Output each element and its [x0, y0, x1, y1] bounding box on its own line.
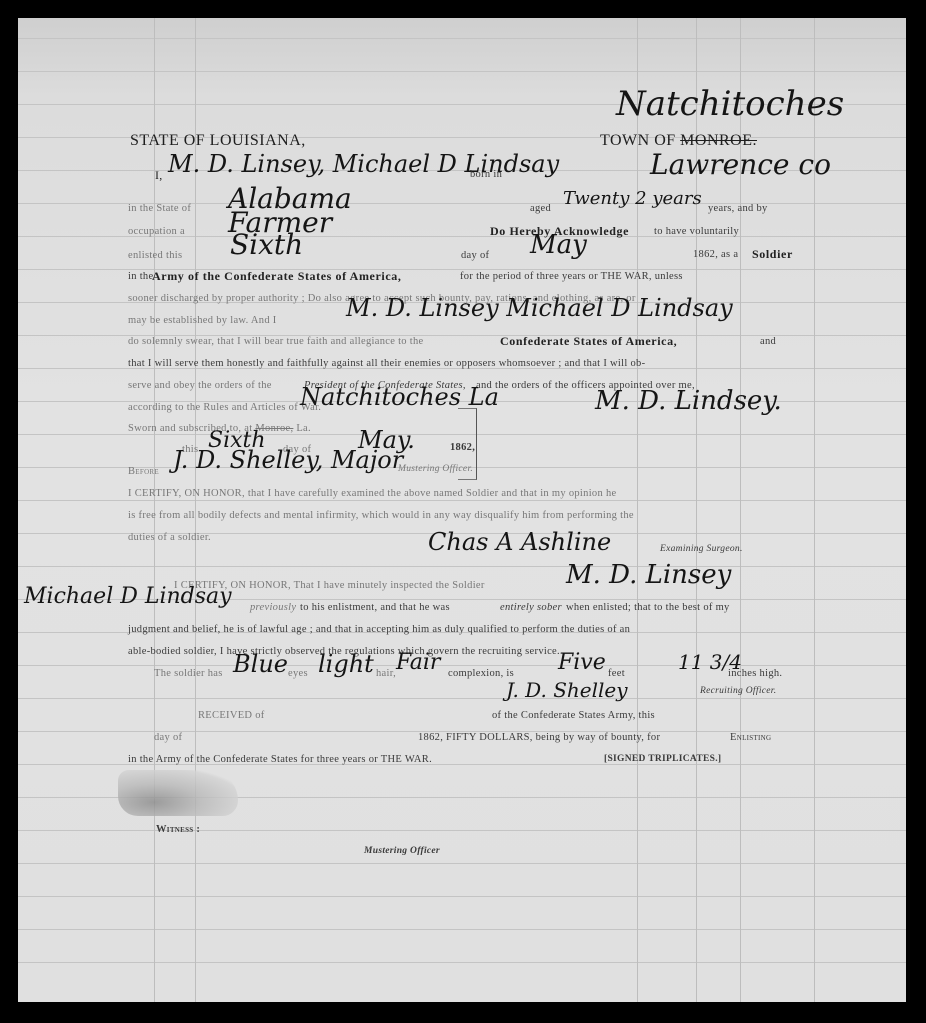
grid-line	[18, 665, 906, 666]
age-handwritten: Twenty 2 years	[563, 188, 702, 209]
grid-line	[18, 566, 906, 567]
feet-handwritten: Five	[558, 650, 606, 675]
recruiter-cert-line2-mid: to his enlistment, and that he was	[300, 602, 450, 613]
eyes-label: eyes	[288, 668, 308, 679]
town-handwritten: Natchitoches	[616, 84, 844, 124]
recruiter-label: Recruiting Officer.	[700, 686, 776, 696]
town-printed-struck: MONROE.	[680, 132, 757, 149]
place-handwritten: Natchitoches La	[300, 383, 499, 411]
army-bold: Army of the Confederate States of Americ…	[152, 269, 401, 284]
grid-line	[18, 962, 906, 963]
witness-label: Witness :	[156, 824, 200, 835]
grid-line	[18, 896, 906, 897]
desc-prefix: The soldier has	[154, 668, 223, 679]
receipt-mustering-officer-label: Mustering Officer	[364, 846, 440, 856]
inspected-soldier-handwritten: M. D. Linsey	[566, 560, 731, 590]
surgeon-label: Examining Surgeon.	[660, 544, 743, 554]
grid-line	[637, 18, 638, 1002]
sworn-state: La.	[296, 423, 311, 434]
acknowledge-rest: to have voluntarily	[654, 226, 739, 237]
army-prefix: in the	[128, 271, 153, 282]
margin-name-handwritten: Michael D Lindsay	[24, 584, 232, 609]
enlist-day-handwritten: Sixth	[230, 228, 303, 261]
of-army-text: of the Confederate States Army, this	[492, 710, 655, 721]
i-label: I,	[155, 168, 163, 183]
swear-bold: Confederate States of America,	[500, 334, 677, 349]
complexion-label: complexion, is	[448, 668, 514, 679]
law-line: may be established by law. And I	[128, 315, 277, 326]
born-in-handwritten: Lawrence co	[650, 148, 831, 181]
surgeon-cert-line2: is free from all bodily defects and ment…	[128, 510, 634, 521]
town-label-text: TOWN OF	[600, 132, 676, 149]
enlist-month-handwritten: May	[530, 230, 587, 260]
occupation-label: occupation a	[128, 226, 185, 237]
hair-label: hair,	[376, 668, 396, 679]
surgeon-signature: Chas A Ashline	[428, 528, 611, 556]
soldier-signature: M. D. Lindsey.	[595, 386, 782, 416]
serve-line: that I will serve them honestly and fait…	[128, 358, 645, 369]
grid-line	[18, 698, 906, 699]
grid-line	[18, 71, 906, 72]
swear-suffix: and	[760, 336, 776, 347]
before-label: Before	[128, 466, 159, 477]
state-of-label: in the State of	[128, 203, 191, 214]
observe-prefix: serve and obey the orders of the	[128, 380, 272, 391]
soldier-bold: Soldier	[752, 247, 793, 262]
recruiter-cert-line3: judgment and belief, he is of lawful age…	[128, 624, 630, 635]
year-soldier-prefix: 1862, as a	[693, 249, 738, 260]
document-page: Natchitoches STATE OF LOUISIANA, TOWN OF…	[18, 18, 906, 1002]
enlisting-text: Enlisting	[730, 732, 771, 743]
surgeon-cert-line3: duties of a soldier.	[128, 532, 211, 543]
born-in-label: born in	[470, 169, 502, 180]
inches-label: inches high.	[728, 668, 782, 679]
enlisted-label: enlisted this	[128, 250, 182, 261]
recruiter-cert-line2-suffix: when enlisted; that to the best of my	[566, 602, 730, 613]
grid-line	[18, 38, 906, 39]
day-of-label: day of	[461, 250, 489, 261]
receipt-day-of-label: day of	[154, 732, 182, 743]
signed-triplicates: [SIGNED TRIPLICATES.]	[604, 754, 721, 764]
previously-text: previously	[250, 602, 296, 613]
grid-line	[18, 863, 906, 864]
bounty-line: 1862, FIFTY DOLLARS, being by way of bou…	[418, 732, 660, 743]
complexion-handwritten: Fair	[396, 650, 440, 675]
aged-label: aged	[530, 203, 551, 214]
eyes-handwritten: Blue	[233, 650, 288, 678]
surgeon-cert-line1: I CERTIFY, ON HONOR, that I have careful…	[128, 488, 616, 499]
grid-line	[18, 830, 906, 831]
years-label: years, and by	[708, 203, 768, 214]
recruiter-signature: J. D. Shelley	[506, 678, 628, 702]
army-rest: for the period of three years or THE WAR…	[460, 271, 683, 282]
received-label: RECEIVED of	[198, 710, 265, 721]
hair-handwritten: light	[318, 650, 374, 678]
army-line: in the Army of the Confederate States fo…	[128, 754, 432, 765]
state-heading: STATE OF LOUISIANA,	[130, 132, 306, 150]
grid-line	[18, 929, 906, 930]
swear-prefix: do solemnly swear, that I will bear true…	[128, 336, 424, 347]
mustering-officer-label: Mustering Officer.	[398, 464, 473, 474]
seal-flourish-icon	[118, 770, 238, 816]
entirely-sober-text: entirely sober	[500, 602, 562, 613]
oath-name-handwritten: M. D. Linsey Michael D Lindsay	[346, 294, 733, 322]
grid-line	[18, 500, 906, 501]
rules-line: according to the Rules and Articles of W…	[128, 402, 321, 413]
mustering-officer-handwritten: J. D. Shelley, Major	[173, 446, 403, 474]
